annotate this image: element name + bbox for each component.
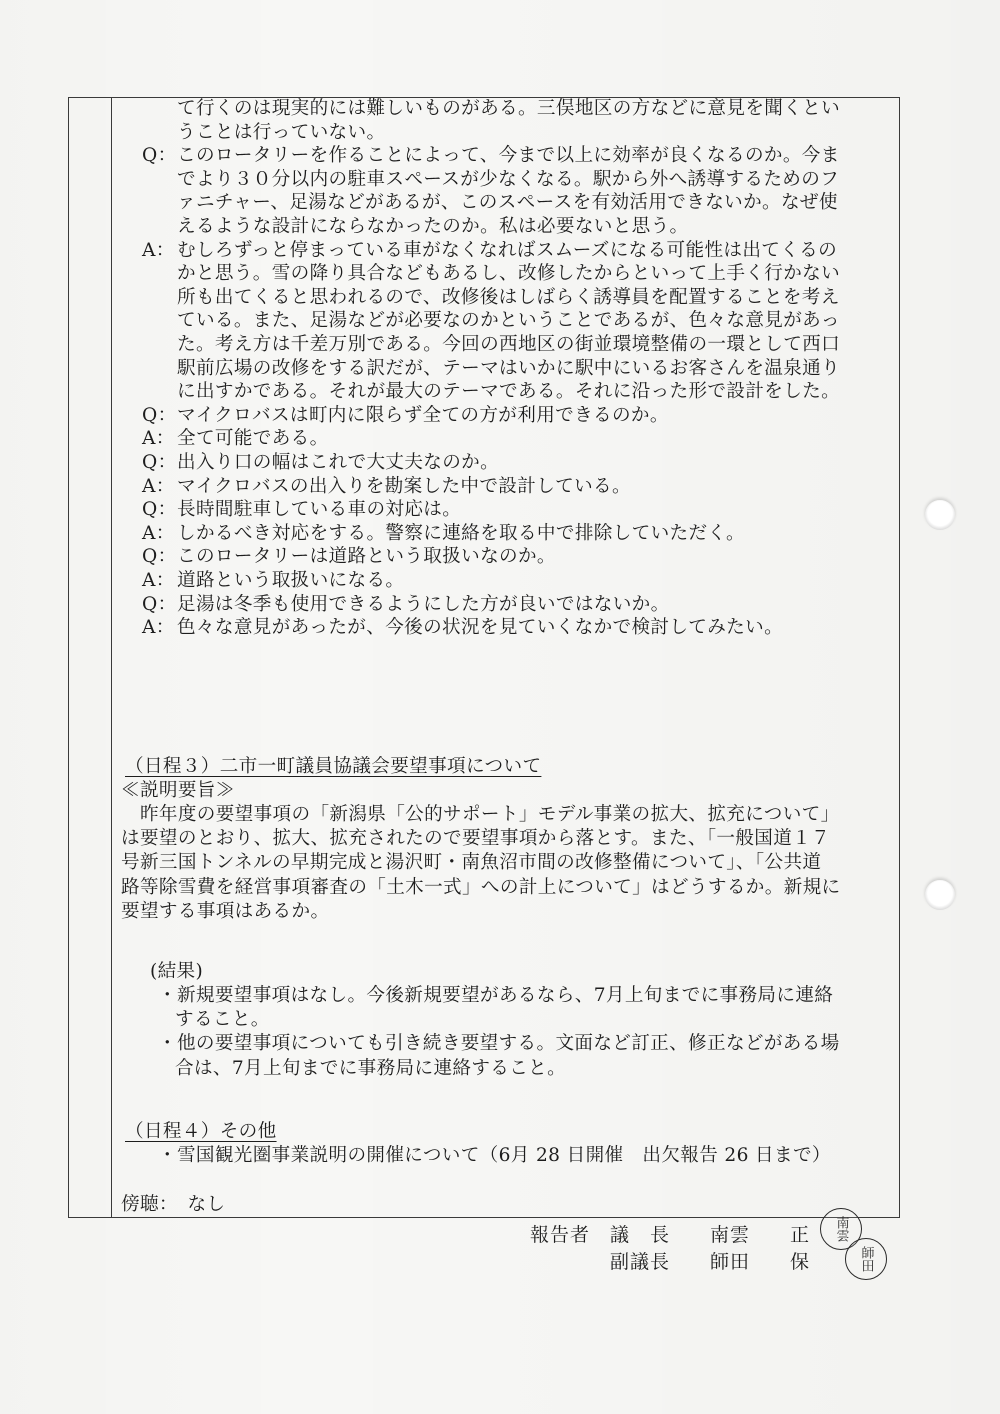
qa-text: 道路という取扱いになる。 [177,570,404,591]
question-line: Q：出入り口の幅はこれで大丈夫なのか。 [142,451,499,475]
chair-title: 議 長 [610,1223,670,1247]
section3-subheading: ≪説明要旨≫ [121,779,235,803]
question-label: Q： [142,498,177,522]
question-line: Q：長時間駐車している車の対応は。 [142,498,461,522]
answer-label: A： [142,475,177,499]
question-label: Q： [142,545,177,569]
section4-item: ・雪国観光圏事業説明の開催について（6月 28 日開催 出欠報告 26 日まで） [158,1144,831,1168]
vice-chair-surname: 師田 [710,1250,750,1274]
question-line: Q：このロータリーは道路という取扱いなのか。 [142,545,556,569]
qa-text: 長時間駐車している車の対応は。 [177,499,461,520]
qa-continuation-line: 所も出てくると思われるので、改修後はしばらく誘導員を配置することを考え [177,286,840,310]
result-item-continuation: すること。 [175,1008,270,1032]
qa-text: 足湯は冬季も使用できるようにした方が良いではないか。 [177,594,670,615]
section3-body-line: 号新三国トンネルの早期完成と湯沢町・南魚沼市間の改修整備について」、「公共道 [121,851,821,875]
question-label: Q： [142,404,177,428]
reporter-label: 報告者 [530,1223,590,1247]
question-line: Q：このロータリーを作ることによって、今まで以上に効率が良くなるのか。今ま [142,144,840,168]
section3-heading: （日程３）二市一町議員協議会要望事項について [125,755,541,779]
qa-text: このロータリーは道路という取扱いなのか。 [177,546,556,567]
chair-given-name: 正 [790,1223,810,1247]
qa-continuation-line: えるような設計にならなかったのか。私は必要ないと思う。 [177,215,688,239]
result-item: ・他の要望事項についても引き続き要望する。文面など訂正、修正などがある場 [158,1032,840,1056]
punch-hole [925,500,955,530]
vice-chair-seal-stamp: 師田 [845,1238,887,1280]
section4-heading: （日程４）その他 [125,1120,277,1144]
answer-label: A： [142,239,177,263]
qa-text: 出入り口の幅はこれで大丈夫なのか。 [177,452,499,473]
answer-label: A： [142,569,177,593]
answer-line: A：むしろずっと停まっている車がなくなればスムーズになる可能性は出てくるの [142,239,837,263]
qa-continuation-line: ァニチャー、足湯などがあるが、このスペースを有効活用できないか。なぜ使 [177,191,838,215]
vice-chair-given-name: 保 [790,1250,810,1274]
answer-line: A：全て可能である。 [142,427,329,451]
qa-text: マイクロバスの出入りを勘案した中で設計している。 [177,476,631,497]
answer-label: A： [142,522,177,546]
section3-body-line: 要望する事項はあるか。 [121,900,329,924]
answer-line: A：しかるべき対応をする。警察に連絡を取る中で排除していただく。 [142,522,745,546]
chair-surname: 南雲 [710,1223,750,1247]
section3-body-line: 昨年度の要望事項の「新潟県「公的サポート」モデル事業の拡大、拡充について」 [121,803,840,827]
answer-label: A： [142,427,177,451]
qa-text: このロータリーを作ることによって、今まで以上に効率が良くなるのか。今ま [177,145,840,166]
qa-continuation-line: 駅前広場の改修をする訳だが、テーマはいかに駅中にいるお客さんを温泉通り [177,357,840,381]
observers-note: 傍聴： なし [121,1193,225,1217]
section3-body-line: 路等除雪費を経営事項審査の「土木一式」への計上について」はどうするか。新規に [121,876,841,900]
qa-continuation-line: て行くのは現実的には難しいものがある。三俣地区の方などに意見を聞くとい [177,97,840,121]
answer-line: A：道路という取扱いになる。 [142,569,404,593]
result-item: ・新規要望事項はなし。今後新規要望があるなら、7月上旬までに事務局に連絡 [158,984,833,1008]
answer-line: A：マイクロバスの出入りを勘案した中で設計している。 [142,475,631,499]
question-label: Q： [142,144,177,168]
question-label: Q： [142,451,177,475]
punch-hole [925,880,955,910]
qa-continuation-line: うことは行っていない。 [177,121,385,145]
section3-body-line: は要望のとおり、拡大、拡充されたので要望事項から落とす。また、「一般国道１７ [121,827,830,851]
qa-continuation-line: かと思う。雪の降り具合などもあるし、改修したからといって上手く行かない [177,262,840,286]
answer-line: A：色々な意見があったが、今後の状況を見ていくなかで検討してみたい。 [142,616,783,640]
qa-text: しかるべき対応をする。警察に連絡を取る中で排除していただく。 [177,523,745,544]
qa-continuation-line: ている。また、足湯などが必要なのかということであるが、色々な意見があっ [177,309,840,333]
qa-text: 全て可能である。 [177,428,329,449]
result-label: (結果) [150,960,203,984]
table-column-divider [111,98,112,1217]
question-label: Q： [142,593,177,617]
question-line: Q：マイクロバスは町内に限らず全ての方が利用できるのか。 [142,404,669,428]
answer-label: A： [142,616,177,640]
question-line: Q：足湯は冬季も使用できるようにした方が良いではないか。 [142,593,670,617]
vice-chair-title: 副議長 [610,1250,670,1274]
qa-text: マイクロバスは町内に限らず全ての方が利用できるのか。 [177,405,669,426]
qa-continuation-line: でより３０分以内の駐車スペースが少なくなる。駅から外へ誘導するためのフ [177,168,839,192]
qa-continuation-line: に出すかである。それが最大のテーマである。それに沿った形で設計をした。 [177,380,840,404]
qa-continuation-line: た。考え方は千差万別である。今回の西地区の街並環境整備の一環として西口 [177,333,840,357]
result-item-continuation: 合は、7月上旬までに事務局に連絡すること。 [175,1057,566,1081]
qa-text: 色々な意見があったが、今後の状況を見ていくなかで検討してみたい。 [177,617,783,638]
qa-text: むしろずっと停まっている車がなくなればスムーズになる可能性は出てくるの [177,240,837,261]
